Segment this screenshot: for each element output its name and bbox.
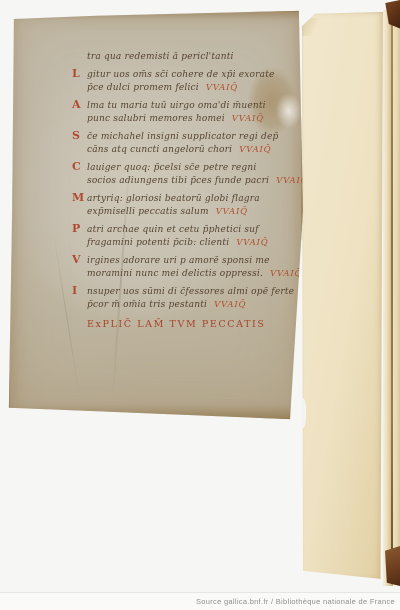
manuscript-line-text: p̄ce dulci promem felici <box>87 83 199 93</box>
manuscript-line: fragamini potenti p̄cib: clientiVVAIQ̄ <box>72 236 288 252</box>
manuscript-line: exp̄miselli peccatis salumVVAIQ̄ <box>72 205 288 221</box>
manuscript-line-text: lauiger quoq: p̄celsi sc̄e petre regni <box>87 163 256 173</box>
stanza-initial-letter: I <box>72 283 87 299</box>
manuscript-line-text: p̄cor m̄ om̄ia tris pestanti <box>87 300 207 310</box>
explicit-rubric: ExPLIC̄ LAM̄ TVM PECCATIS <box>72 317 288 333</box>
manuscript-line: Martyriq: gloriosi beatorū globi flagra <box>72 190 288 206</box>
manuscript-line: Virgines adorare uri p amorē sponsi me <box>72 252 288 268</box>
manuscript-line: Patri archae quin et cetu p̄phetici suf <box>72 221 288 237</box>
manuscript-line: cāns atq cuncti angelorū choriVVAIQ̄ <box>72 143 288 159</box>
digitized-manuscript-photo: tra qua redemisti ā pericl'tanti Lgitur … <box>0 0 400 610</box>
parchment-bottom-edge <box>8 404 303 420</box>
manuscript-line-text: c̄e michahel insigni supplicator regi de… <box>87 132 278 142</box>
parchment-top-edge <box>8 10 303 20</box>
leather-binding-corner-bottom <box>385 546 400 586</box>
manuscript-line: moramini nunc mei delictis oppressi.VVAI… <box>72 267 288 283</box>
stanza-initial-letter: C <box>72 159 87 175</box>
manuscript-line-text: irgines adorare uri p amorē sponsi me <box>87 256 270 266</box>
manuscript-line-text: gitur uos om̄s sc̄i cohere de xp̄i exora… <box>87 70 275 80</box>
manuscript-line-text: exp̄miselli peccatis salum <box>87 207 209 217</box>
manuscript-line: socios adiungens tibi p̄ces funde pacriV… <box>72 174 288 190</box>
manuscript-line-text: punc salubri memores homei <box>87 114 225 124</box>
refrain-rubric: VVAIQ̄ <box>216 207 248 217</box>
manuscript-line-text: socios adiungens tibi p̄ces funde pacri <box>87 176 269 186</box>
manuscript-line-text: fragamini potenti p̄cib: clienti <box>87 238 229 248</box>
refrain-rubric: VVAIQ̄ <box>214 300 246 310</box>
manuscript-line: Clauiger quoq: p̄celsi sc̄e petre regni <box>72 159 288 175</box>
stanza-initial-letter: V <box>72 252 87 268</box>
manuscript-line-text: cāns atq cuncti angelorū chori <box>87 145 232 155</box>
manuscript-line-text: atri archae quin et cetu p̄phetici suf <box>87 225 259 235</box>
manuscript-line: punc salubri memores homeiVVAIQ̄ <box>72 112 288 128</box>
stanza-initial-letter: A <box>72 97 87 113</box>
parchment-page: tra qua redemisti ā pericl'tanti Lgitur … <box>8 10 303 420</box>
refrain-rubric: VVAIQ̄ <box>206 83 238 93</box>
stanza-initial-letter: L <box>72 66 87 82</box>
manuscript-line: Lgitur uos om̄s sc̄i cohere de xp̄i exor… <box>72 66 288 82</box>
refrain-rubric: VVAIQ̄ <box>270 269 302 279</box>
manuscript-line-text: moramini nunc mei delictis oppressi. <box>87 269 263 279</box>
flyleaf-fold <box>300 18 326 36</box>
manuscript-line-text: lma tu maria tuū uirgo oma'di m̄uenti <box>87 101 266 111</box>
book-outer-page-edge <box>393 10 400 585</box>
stanza-initial-letter: P <box>72 221 87 237</box>
manuscript-line: tra qua redemisti ā pericl'tanti <box>72 50 288 66</box>
refrain-rubric: VVAIQ̄ <box>236 238 268 248</box>
manuscript-lines: tra qua redemisti ā pericl'tanti Lgitur … <box>72 50 288 314</box>
flyleaf-page <box>300 12 383 580</box>
flyleaf-notch <box>298 398 306 428</box>
manuscript-line-text: tra qua redemisti ā pericl'tanti <box>87 52 234 62</box>
manuscript-line-text: artyriq: gloriosi beatorū globi flagra <box>87 194 260 204</box>
stanza-initial-letter: M <box>72 190 87 206</box>
manuscript-line-text: nsuper uos sūmi di c̄fessores almi opē f… <box>87 287 294 297</box>
source-attribution: Source gallica.bnf.fr / Bibliothèque nat… <box>0 592 400 610</box>
manuscript-line: Alma tu maria tuū uirgo oma'di m̄uenti <box>72 97 288 113</box>
refrain-rubric: VVAIQ̄ <box>232 114 264 124</box>
refrain-rubric: VVAIQ̄ <box>239 145 271 155</box>
manuscript-line: p̄ce dulci promem feliciVVAIQ̄ <box>72 81 288 97</box>
manuscript-line: p̄cor m̄ om̄ia tris pestantiVVAIQ̄ <box>72 298 288 314</box>
stanza-initial-letter: S <box>72 128 87 144</box>
manuscript-line: Sc̄e michahel insigni supplicator regi d… <box>72 128 288 144</box>
manuscript-text-block: tra qua redemisti ā pericl'tanti Lgitur … <box>72 50 288 332</box>
manuscript-line: Insuper uos sūmi di c̄fessores almi opē … <box>72 283 288 299</box>
